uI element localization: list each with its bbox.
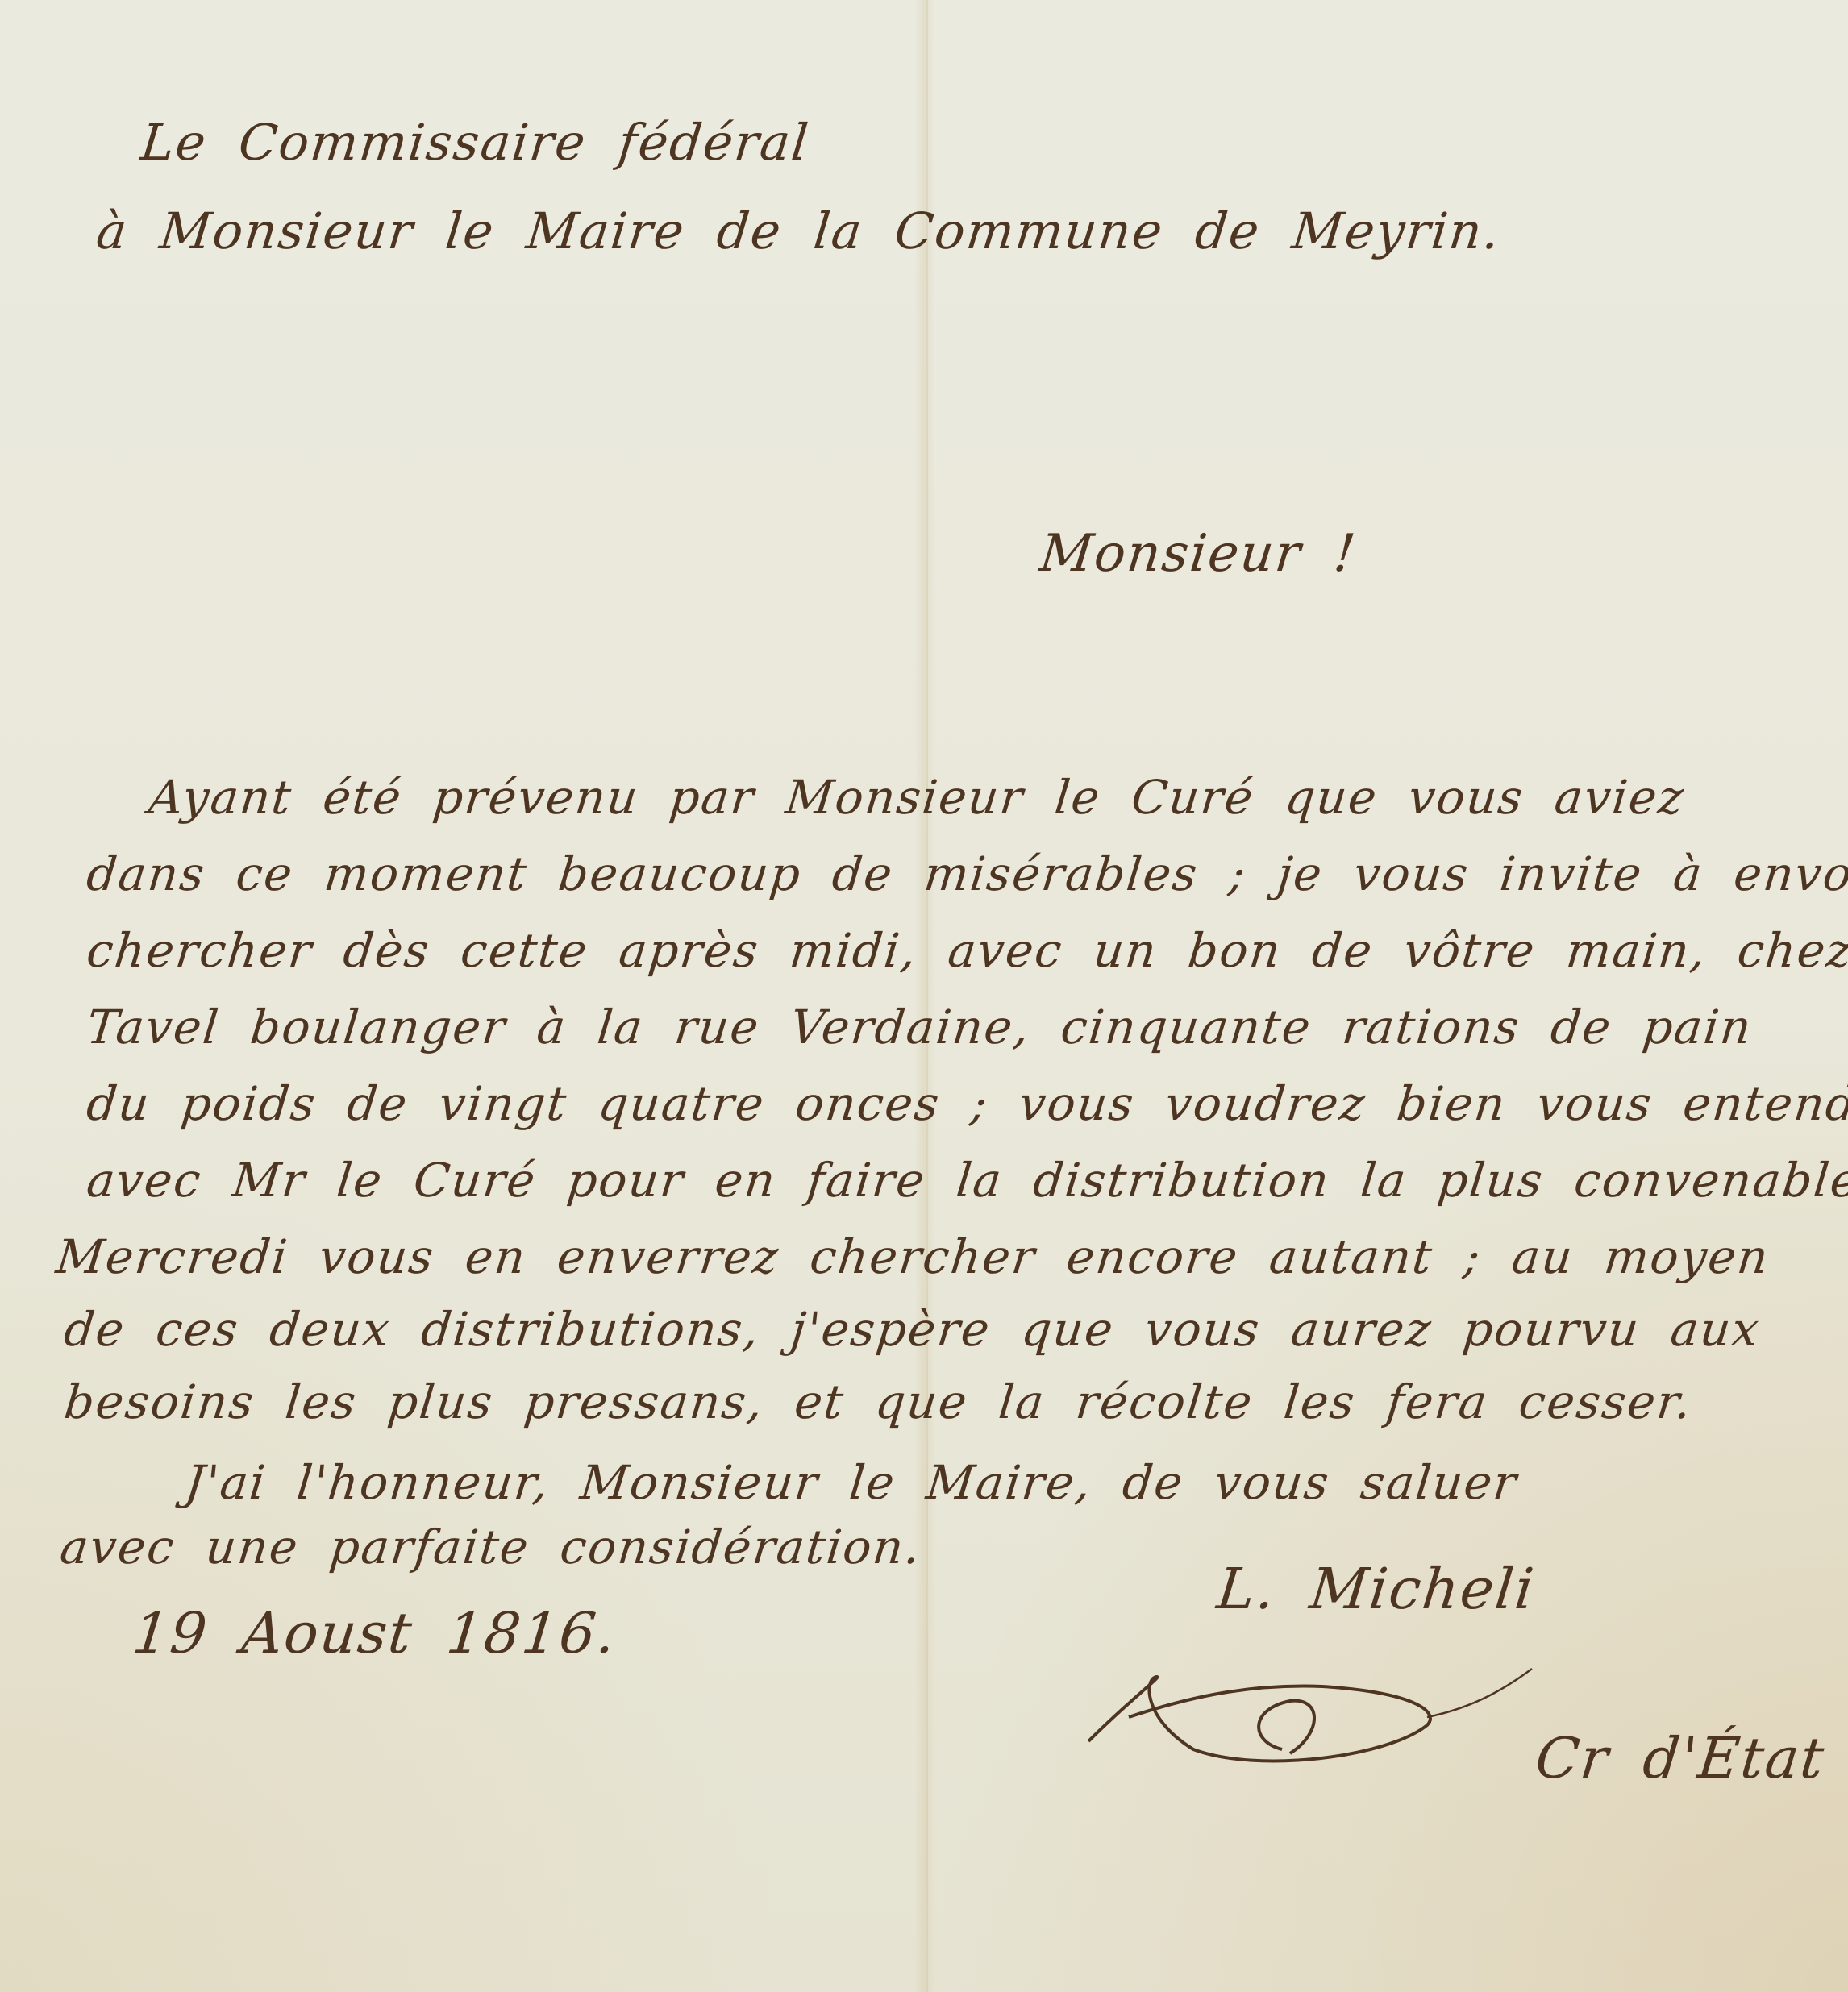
body-line: Mercredi vous en enverrez chercher encor… <box>53 1229 1772 1284</box>
header-sender: Le Commissaire fédéral <box>138 113 812 172</box>
body-line: besoins les plus pressans, et que la réc… <box>61 1374 1695 1429</box>
paper-fold-crease <box>926 0 928 1992</box>
signature-name: L. Micheli <box>1214 1556 1538 1622</box>
body-line: de ces deux distributions, j'espère que … <box>61 1302 1763 1357</box>
salutation: Monsieur ! <box>1037 524 1359 584</box>
closing-line: avec une parfaite considération. <box>57 1520 924 1574</box>
signature-flourish-icon <box>1080 1628 1596 1765</box>
signature-title: Cr d'État <box>1533 1725 1829 1791</box>
letter-page: Le Commissaire fédéral à Monsieur le Mai… <box>0 0 1848 1992</box>
body-line: dans ce moment beaucoup de misérables ; … <box>84 846 1848 901</box>
body-line: Tavel boulanger à la rue Verdaine, cinqu… <box>84 1000 1754 1054</box>
body-line: du poids de vingt quatre onces ; vous vo… <box>84 1076 1848 1131</box>
body-line: Ayant été prévenu par Monsieur le Curé q… <box>146 770 1687 825</box>
body-line: chercher dès cette après midi, avec un b… <box>84 923 1848 978</box>
body-line: avec Mr le Curé pour en faire la distrib… <box>84 1153 1848 1208</box>
header-recipient: à Monsieur le Maire de la Commune de Mey… <box>94 202 1504 260</box>
closing-line: J'ai l'honneur, Monsieur le Maire, de vo… <box>182 1455 1520 1510</box>
letter-date: 19 Aoust 1816. <box>130 1600 620 1666</box>
